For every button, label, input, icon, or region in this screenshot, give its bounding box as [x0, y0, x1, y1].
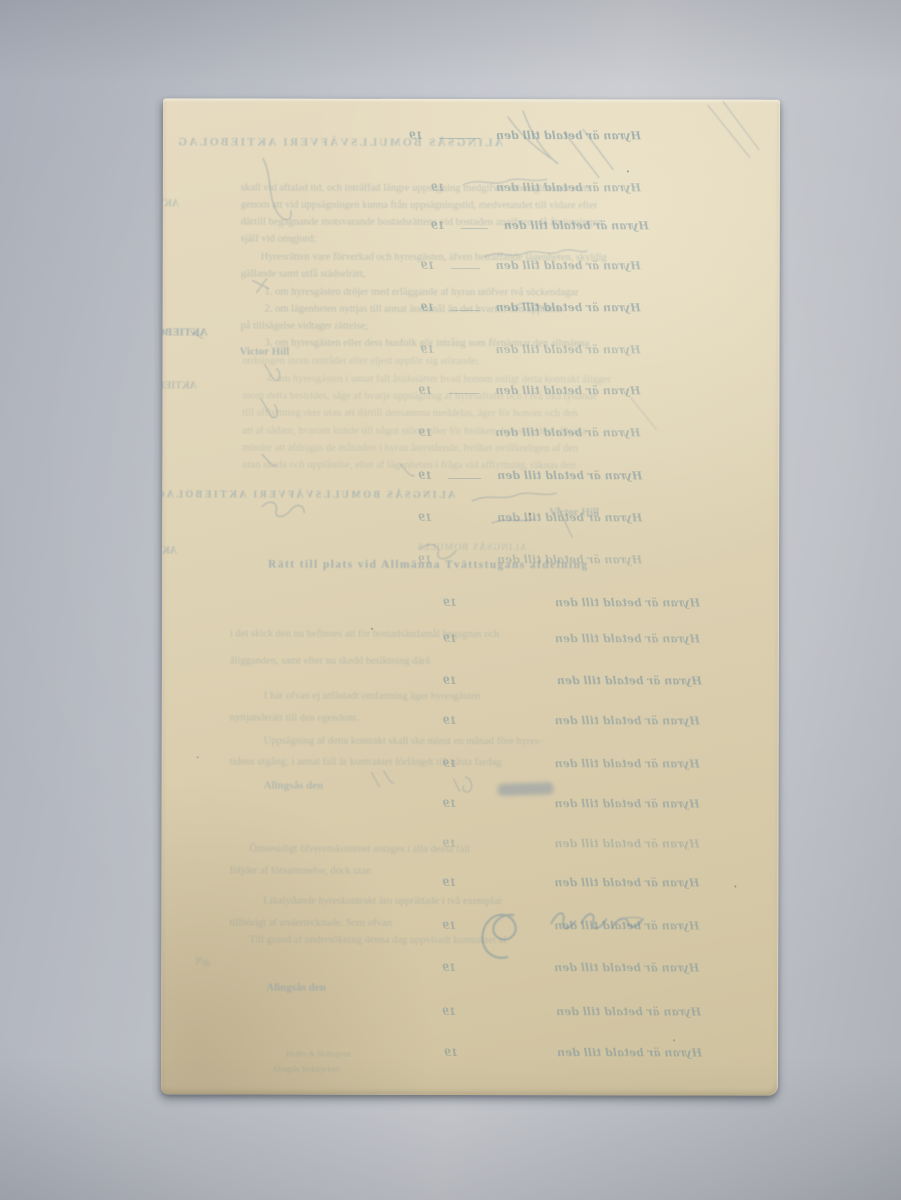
bleed-paragraph-line: Uppsägning af detta kontrakt skall ske m…: [264, 736, 543, 749]
bleed-paragraph-line: Till grund af undersökning denna dag upp…: [249, 935, 506, 948]
bleed-paragraph-line: 1. om hyresgästen dröjer med erläggande …: [265, 287, 579, 300]
bleed-year-prefix: 19: [442, 1007, 456, 1018]
bleed-year-prefix: 19: [442, 963, 456, 974]
bleed-dash-line: [472, 846, 538, 847]
paper-speck: [197, 756, 199, 758]
bleed-payment-label: Hyran är betald till den: [554, 837, 699, 850]
bleed-paragraph-line: i det skick den nu befinnes att för bost…: [230, 628, 499, 641]
bleed-payment-label: Hyran är betald till den: [554, 876, 699, 889]
bleed-paragraph-line: I här ofvan ej utfästadt omfattning äger…: [264, 691, 481, 704]
bleed-payment-label: Hyran är betald till den: [496, 129, 641, 142]
bleed-paragraph-line: skall vid aftalad tid, och inträffad län…: [241, 183, 589, 196]
bleed-payment-row: 19Hyran är betald till den: [442, 837, 699, 851]
bleed-payment-row: 19Hyran är betald till den: [442, 919, 699, 933]
bleed-dash-line: [451, 268, 480, 269]
bleed-paragraph-line: att af sådant, hvarom kunde till något s…: [242, 426, 586, 439]
ink-smudge: [497, 782, 553, 796]
bleed-year-prefix: 19: [443, 716, 457, 727]
bleed-payment-row: 19Hyran är betald till den: [443, 596, 700, 610]
bleed-paragraph-line: själf vid omgjord;: [241, 234, 316, 246]
bleed-year-prefix: 19: [418, 513, 432, 524]
offset-facility-line: Rätt till plats vid Allmänna Tvättstugan…: [268, 559, 588, 573]
bleed-dash-line: [473, 605, 539, 606]
bleed-paragraph-line: tillhörigt af undertecknade. Som ofvan: [229, 917, 391, 929]
bleed-paragraph-line: till afflyttning sker utan att därtill d…: [242, 408, 577, 421]
bleed-payment-label: Hyran är betald till den: [555, 714, 700, 727]
bleed-paragraph-line: tidens utgång; i annat fall är kontrakte…: [230, 756, 502, 769]
bleed-paragraph-line: Pig.: [195, 956, 212, 968]
bleed-payment-row: 19Hyran är betald till den: [443, 714, 700, 728]
bleed-edge-fragment: AK: [162, 545, 177, 557]
bleed-paragraph-line: gällande samt utfå städselrätt,: [241, 269, 366, 281]
bleed-through-text-layer: 19Hyran är betald till den19Hyran är bet…: [163, 98, 780, 99]
bleed-year-prefix: 19: [443, 676, 457, 687]
offset-alingsas-den: Alingsås den: [266, 982, 326, 995]
bleed-dash-line: [472, 970, 538, 971]
bleed-dash-line: [472, 928, 538, 929]
bleed-year-prefix: 19: [444, 1048, 458, 1059]
bleed-payment-row: 19Hyran är betald till den: [442, 876, 699, 890]
offset-signature-victor-hill: Victor Hill: [549, 506, 599, 519]
bleed-dash-line: [473, 723, 539, 724]
bleed-dash-line: [473, 683, 541, 684]
bleed-paragraph-line: nyttjanderätt till den egendom.: [230, 712, 359, 724]
bleed-payment-row: 19Hyran är betald till den: [443, 797, 700, 811]
bleed-dash-line: [472, 806, 538, 807]
bleed-payment-row: 19Hyran är betald till den: [442, 961, 699, 975]
bleed-paragraph-line: 2. om lägenheten nyttjas till annat ända…: [265, 304, 563, 317]
bleed-paragraph-line: därtill begagnande motsvarande bostadsrä…: [241, 217, 603, 230]
bleed-paragraph-line: genom att vid uppsägningen kunna från up…: [241, 200, 598, 213]
paper-speck: [673, 1039, 675, 1041]
bleed-dash-line: [450, 352, 479, 353]
bleed-paragraph-line: 4. om hyresgästen i annat fall åsidosätt…: [266, 374, 611, 387]
bleed-dash-line: [448, 478, 481, 479]
bleed-year-prefix: 19: [443, 799, 457, 810]
paper-speck: [529, 513, 531, 515]
bleed-dash-line: [474, 1055, 541, 1056]
bleed-payment-label: Hyran är betald till den: [557, 1046, 702, 1059]
bleed-paragraph-line: Likalydande hyreskontrakt äro upprättade…: [263, 896, 502, 909]
bleed-edge-fragment: AKTIEBOLAG: [161, 380, 197, 392]
paper-sheet-back-side: 19Hyran är betald till den19Hyran är bet…: [161, 98, 780, 1095]
paper-speck: [734, 886, 736, 888]
bleed-payment-row: 19Hyran är betald till den: [444, 1046, 702, 1060]
bleed-payment-label: Hyran är betald till den: [554, 961, 699, 974]
bleed-payment-label: Hyran är betald till den: [554, 919, 699, 932]
bleed-payment-row: 19Hyran är betald till den: [443, 674, 702, 688]
bleed-dash-line: [473, 641, 539, 642]
bleed-paragraph-line: 3. om hyresgästen eller dess husfolk gör…: [265, 338, 590, 351]
bleed-paragraph-line: inom detta bestrides, såge af hvarje upp…: [242, 391, 597, 404]
printer-imprint: Alingsås Boktryckeri: [272, 1065, 340, 1074]
bleed-dash-line: [448, 520, 481, 521]
bleed-paragraph-line: på tillsägelse vidtager rättelse;: [241, 321, 368, 333]
bleed-dash-line: [472, 1014, 540, 1015]
bleed-paragraph-line: Ömsesidigt öfverenskommet antages i alla…: [249, 844, 469, 857]
photo-of-document: 19Hyran är betald till den19Hyran är bet…: [0, 0, 901, 1200]
bleed-company-line: ALINGSÅS BOMULLS: [416, 543, 527, 554]
bleed-edge-fragment: AKTIEBOLAG: [161, 326, 208, 339]
bleed-paragraph-line: Hyresrätten vare förverkad och hyresgäst…: [261, 252, 607, 265]
bleed-paragraph-line: utan skada och upplåtelse, eller af läge…: [242, 460, 575, 473]
bleed-payment-label: Hyran är betald till den: [555, 757, 700, 770]
bleed-paragraph-line: åligganden, samt efter nu skedd besiktni…: [230, 655, 430, 667]
bleed-paragraph-line: mindre att afdragas de månaden i hyran å…: [242, 443, 578, 456]
offset-alingsas-den: Alingsås den: [264, 780, 324, 793]
paper-speck: [627, 170, 629, 172]
bleed-year-prefix: 19: [418, 471, 432, 482]
bleed-payment-label: Hyran är betald till den: [555, 596, 700, 609]
bleed-company-line: ALINGSÅS BOMULLSVÄFVERI AKTIEBOLAG: [161, 489, 455, 501]
bleed-paragraph-line: följder af försummelse, dock utan: [229, 865, 371, 877]
bleed-payment-label: Hyran är betald till den: [556, 1005, 701, 1018]
paper-speck: [371, 628, 373, 630]
offset-signature-victor-hill: Victor Hill: [239, 346, 289, 359]
printer-imprint: Hedén & Holmqvist: [286, 1050, 351, 1059]
bleed-payment-row: 19Hyran är betald till den: [442, 1005, 701, 1019]
bleed-payment-label: Hyran är betald till den: [555, 797, 700, 810]
bleed-company-header: ALINGSÅS BOMULLSVÄFVERI AKTIEBOLAG: [176, 136, 503, 150]
bleed-payment-label: Hyran är betald till den: [557, 674, 702, 687]
bleed-year-prefix: 19: [442, 921, 456, 932]
bleed-dash-line: [472, 885, 538, 886]
bleed-year-prefix: 19: [442, 878, 456, 889]
bleed-edge-fragment: AKTIEBOLAG: [161, 198, 179, 210]
bleed-payment-label: Hyran är betald till den: [555, 632, 700, 645]
bleed-year-prefix: 19: [443, 598, 457, 609]
